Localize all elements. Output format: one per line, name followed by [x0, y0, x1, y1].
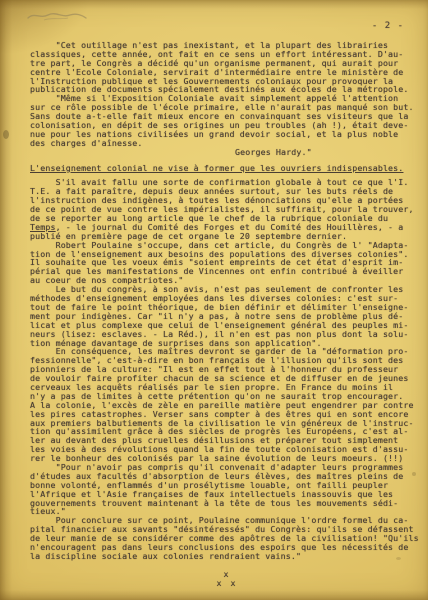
paragraph: "Cet outillage n'est pas inexistant, et … — [30, 41, 424, 94]
scanned-document-page: - 2 - "Cet outillage n'est pas inexistan… — [0, 0, 428, 600]
paragraph: Robert Poulaine s'occupe, dans cet artic… — [30, 241, 424, 285]
left-edge-shadow — [0, 0, 12, 600]
document-body: "Cet outillage n'est pas inexistant, et … — [30, 41, 424, 589]
text-line: gouvernements trouvent maintenant à la t… — [30, 499, 424, 508]
end-marks: xx x — [30, 570, 424, 589]
paragraph: Le but du congrès, à son avis, n'est pas… — [30, 285, 424, 347]
paragraph: S'il avait fallu une sorte de confirmati… — [30, 178, 424, 240]
text-line: la discipline sociale aux colonies rendr… — [30, 552, 424, 561]
text-line: x x — [30, 579, 424, 589]
pencil-scribble — [26, 7, 88, 25]
paragraph: En conséquence, les maîtres devront se g… — [30, 347, 424, 463]
paragraph: "Même si l'Exposition Coloniale avait si… — [30, 94, 424, 147]
ink-smudge — [3, 130, 9, 139]
attribution: Georges Hardy." — [30, 148, 424, 157]
paragraph: Pour conclure sur ce point, Poulaine com… — [30, 516, 424, 560]
text-line: des charges d'aînesse. — [30, 139, 424, 148]
page-number: - 2 - — [372, 21, 404, 31]
bottom-edge-shadow — [0, 590, 428, 600]
section-heading: L'enseignement colonial ne vise à former… — [30, 164, 424, 173]
paragraph: "Pour n'avoir pas compris qu'il convenai… — [30, 463, 424, 516]
